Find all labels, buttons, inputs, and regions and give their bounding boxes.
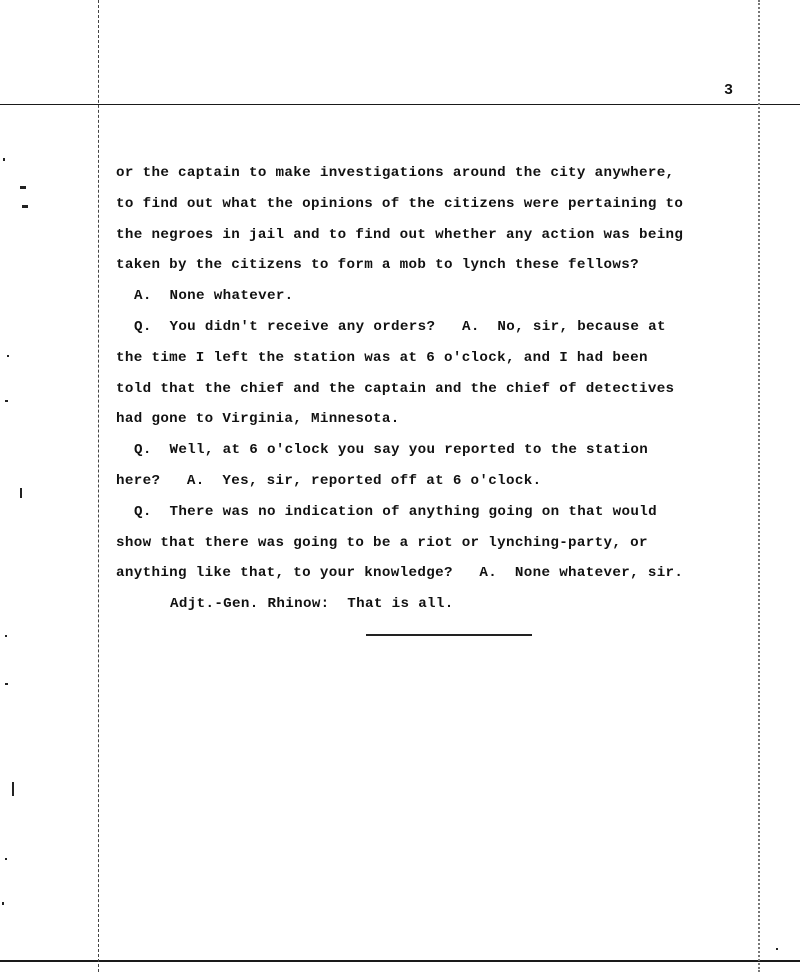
transcript-line: told that the chief and the captain and … [116, 374, 756, 405]
transcript-line: here? A. Yes, sir, reported off at 6 o'c… [116, 466, 756, 497]
transcript-line: the time I left the station was at 6 o'c… [116, 343, 756, 374]
transcript-line: anything like that, to your knowledge? A… [116, 558, 756, 589]
margin-mark [776, 948, 778, 950]
transcript-line: had gone to Virginia, Minnesota. [116, 404, 756, 435]
margin-mark [7, 355, 9, 357]
margin-mark [2, 902, 4, 905]
transcript-line: to find out what the opinions of the cit… [116, 189, 756, 220]
margin-mark [5, 400, 8, 402]
transcript-line: Q. You didn't receive any orders? A. No,… [116, 312, 756, 343]
transcript-line: show that there was going to be a riot o… [116, 528, 756, 559]
margin-mark [3, 158, 5, 161]
transcript-line: taken by the citizens to form a mob to l… [116, 250, 756, 281]
bottom-margin-rule [0, 960, 800, 962]
margin-mark [5, 858, 7, 860]
margin-mark [20, 186, 26, 189]
margin-mark [20, 488, 22, 498]
top-margin-rule [0, 104, 800, 105]
margin-mark [5, 635, 7, 637]
transcript-line: or the captain to make investigations ar… [116, 158, 756, 189]
transcript-line: A. None whatever. [116, 281, 756, 312]
left-margin-rule [98, 0, 99, 972]
end-of-section-rule [366, 634, 532, 636]
transcript-body: or the captain to make investigations ar… [116, 158, 756, 620]
margin-mark [12, 782, 14, 796]
transcript-line: Q. Well, at 6 o'clock you say you report… [116, 435, 756, 466]
right-margin-rule [758, 0, 760, 972]
transcript-line: the negroes in jail and to find out whet… [116, 220, 756, 251]
transcript-line: Q. There was no indication of anything g… [116, 497, 756, 528]
page-number: 3 [724, 82, 733, 99]
transcript-line: Adjt.-Gen. Rhinow: That is all. [116, 589, 756, 620]
margin-mark [22, 205, 28, 208]
margin-mark [5, 683, 8, 685]
document-page: 3 or the captain to make investigations … [0, 0, 800, 972]
